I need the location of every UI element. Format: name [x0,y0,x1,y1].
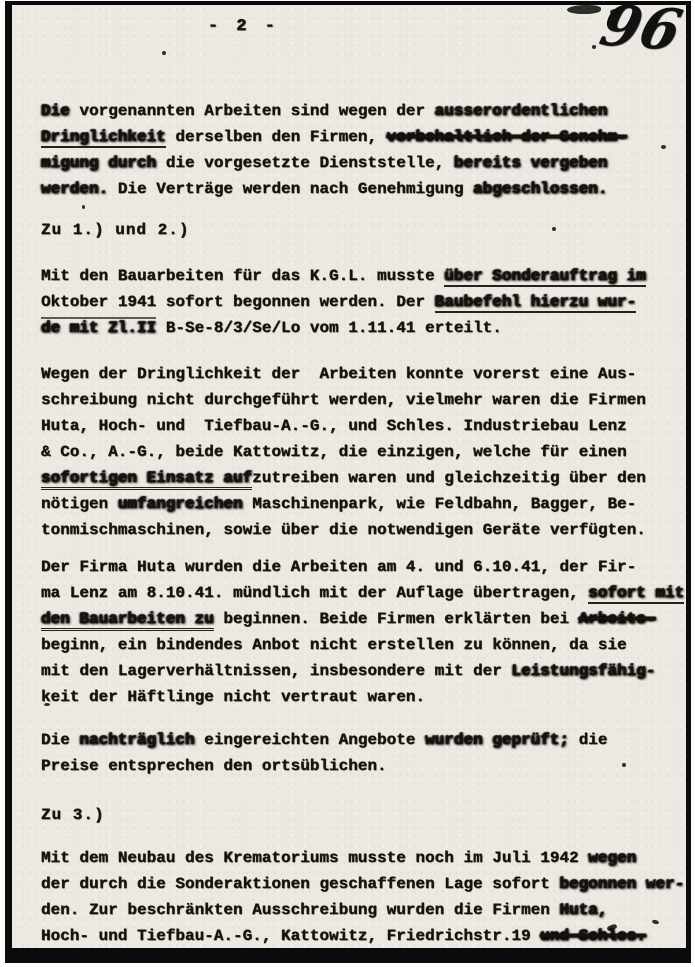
text-segment: über Sonderauftrag im [444,267,646,287]
text-line: keit der Häftlinge nicht vertraut waren. [41,684,686,710]
text-segment: Dringlichkeit [41,128,166,148]
text-line: sofortigen Einsatz aufzutreiben waren un… [41,465,686,491]
section-heading: Zu 3.) [41,802,686,828]
ink-speck [661,145,666,149]
text-line: Dringlichkeit derselben den Firmen, vorb… [41,124,686,150]
ink-speck [567,5,601,14]
ink-speck [592,45,596,49]
text-segment: ma Lenz am 8.10.41. mündlich mit der Auf… [41,584,588,602]
section-heading: Zu 1.) und 2.) [41,217,686,243]
text-segment: die [569,731,607,749]
text-segment: Die [41,731,79,749]
text-line: Preise entsprechen den ortsüblichen. [41,753,686,779]
text-line: Die nachträglich eingereichten Angebote … [41,727,686,753]
text-line: Mit dem Neubau des Krematoriums musste n… [41,845,686,871]
paragraph: Mit dem Neubau des Krematoriums musste n… [41,845,686,949]
text-segment: Mit den Bauarbeiten für das K.G.L. musst… [41,267,444,285]
ink-speck [162,51,166,55]
text-line: der durch die Sonderaktionen geschaffene… [41,871,686,897]
paragraph: Die vorgenannten Arbeiten sind wegen der… [41,98,686,202]
text-segment: Zu 3.) [41,806,105,824]
text-segment: schreibung nicht durchgeführt werden, vi… [41,391,646,409]
text-segment: der durch die Sonderaktionen geschaffene… [41,875,559,893]
text-segment: den. Zur beschränkten Ausschreibung wurd… [41,901,559,919]
text-segment: Die Verträge werden nach Genehmigung [108,180,473,198]
text-segment: Zu 1.) und 2.) [41,221,189,239]
text-line: Huta, Hoch- und Tiefbau-A.-G., und Schle… [41,413,686,439]
text-segment: bereits vergeben [454,154,608,172]
paragraph: Der Firma Huta wurden die Arbeiten am 4.… [41,554,686,710]
text-line: Oktober 1941 sofort begonnen werden. Der… [41,289,686,315]
text-segment: tonmischmaschinen, sowie über die notwen… [41,521,646,539]
paragraph: Die nachträglich eingereichten Angebote … [41,727,686,779]
text-segment: ausserordentlichen [435,102,608,120]
ink-speck [622,763,626,767]
text-segment: Oktober 1941 sofort begonnen werden. Der [41,293,435,311]
text-line: werden. Die Verträge werden nach Genehmi… [41,176,686,202]
text-segment: derselben den Firmen, [166,128,387,146]
text-segment: Wegen der Dringlichkeit der Arbeiten kon… [41,365,636,383]
text-line: Wegen der Dringlichkeit der Arbeiten kon… [41,361,686,387]
text-segment: nötigen [41,495,118,513]
text-line: mit den Lagerverhältnissen, insbesondere… [41,658,686,684]
text-segment: und Schles. [540,927,646,945]
text-segment: Maschinenpark, wie Feldbahn, Bagger, Be- [243,495,637,513]
text-segment: vorgenannten Arbeiten sind wegen der [79,102,434,120]
text-segment: Der Firma Huta wurden die Arbeiten am 4.… [41,558,636,576]
paragraph: Wegen der Dringlichkeit der Arbeiten kon… [41,361,686,543]
text-line: Zu 1.) und 2.) [41,217,686,243]
text-line: Der Firma Huta wurden die Arbeiten am 4.… [41,554,686,580]
ink-speck [653,19,658,24]
text-segment: Mit dem Neubau des Krematoriums musste n… [41,849,588,867]
text-segment: nachträglich [79,731,194,749]
document-content: - 2 - 96 Die vorgenannten Arbeiten sind … [12,5,686,948]
text-line: schreibung nicht durchgeführt werden, vi… [41,387,686,413]
text-segment: Leistungsfähig- [511,662,655,680]
text-segment: umfangreichen [118,495,243,513]
text-segment: wegen [588,849,636,867]
text-segment: sofort mit [588,584,684,604]
scanned-document-sheet: - 2 - 96 Die vorgenannten Arbeiten sind … [5,1,691,963]
text-segment: mit den Lagerverhältnissen, insbesondere… [41,662,511,680]
text-segment: abgeschlossen. [473,180,607,198]
page-number: - 2 - [208,17,279,36]
text-segment: keit der Häftlinge nicht vertraut waren. [41,688,425,706]
text-segment: Arbeits- [579,610,656,628]
text-line: Hoch- und Tiefbau-A.-G., Kattowitz, Frie… [41,923,686,949]
ink-speck [82,205,85,209]
text-line: den Bauarbeiten zu beginnen. Beide Firme… [41,606,686,632]
text-segment: & Co., A.-G., beide Kattowitz, die einzi… [41,443,627,461]
text-segment: den Bauarbeiten zu [41,610,214,631]
text-segment: vorbehaltlich der Genehm- [387,128,627,146]
text-segment: sofortigen Einsatz auf [41,469,252,490]
text-segment: wurden geprüft; [425,731,569,749]
text-segment: de mit Zl.II [41,317,156,337]
text-segment: Baubefehl hierzu wur- [435,293,637,313]
text-segment: Huta, [559,901,607,919]
text-line: & Co., A.-G., beide Kattowitz, die einzi… [41,439,686,465]
paragraph: Mit den Bauarbeiten für das K.G.L. musst… [41,263,686,341]
text-line: ma Lenz am 8.10.41. mündlich mit der Auf… [41,580,686,606]
text-segment: B-Se-8/3/Se/Lo vom 1.11.41 erteilt. [156,319,502,337]
handwritten-folio-number: 96 [594,0,688,63]
text-line: tonmischmaschinen, sowie über die notwen… [41,517,686,543]
text-segment: werden. [41,180,108,198]
text-segment: die vorgesetzte Dienststelle, [156,154,454,172]
text-segment: eingereichten Angebote [195,731,425,749]
text-segment: beginnen. Beide Firmen erklärten bei [214,610,579,628]
text-segment: Die [41,102,79,120]
text-segment: Hoch- und Tiefbau-A.-G., Kattowitz, Frie… [41,927,540,945]
text-line: beginn, ein bindendes Anbot nicht erstel… [41,632,686,658]
text-segment: Preise entsprechen den ortsüblichen. [41,757,387,775]
text-segment: Huta, Hoch- und Tiefbau-A.-G., und Schle… [41,417,627,435]
text-segment: migung durch [41,154,156,172]
text-line: Die vorgenannten Arbeiten sind wegen der… [41,98,686,124]
text-segment: begonnen wer- [559,875,684,893]
text-line: de mit Zl.II B-Se-8/3/Se/Lo vom 1.11.41 … [41,315,686,341]
text-line: den. Zur beschränkten Ausschreibung wurd… [41,897,686,923]
text-line: migung durch die vorgesetzte Dienststell… [41,150,686,176]
text-line: Zu 3.) [41,802,686,828]
ink-speck [552,227,556,231]
ink-speck [44,703,50,706]
text-segment: zutreiben waren und gleichzeitig über de… [252,469,646,487]
text-line: Mit den Bauarbeiten für das K.G.L. musst… [41,263,686,289]
text-segment: beginn, ein bindendes Anbot nicht erstel… [41,636,627,654]
text-line: nötigen umfangreichen Maschinenpark, wie… [41,491,686,517]
ink-speck [610,9,620,15]
